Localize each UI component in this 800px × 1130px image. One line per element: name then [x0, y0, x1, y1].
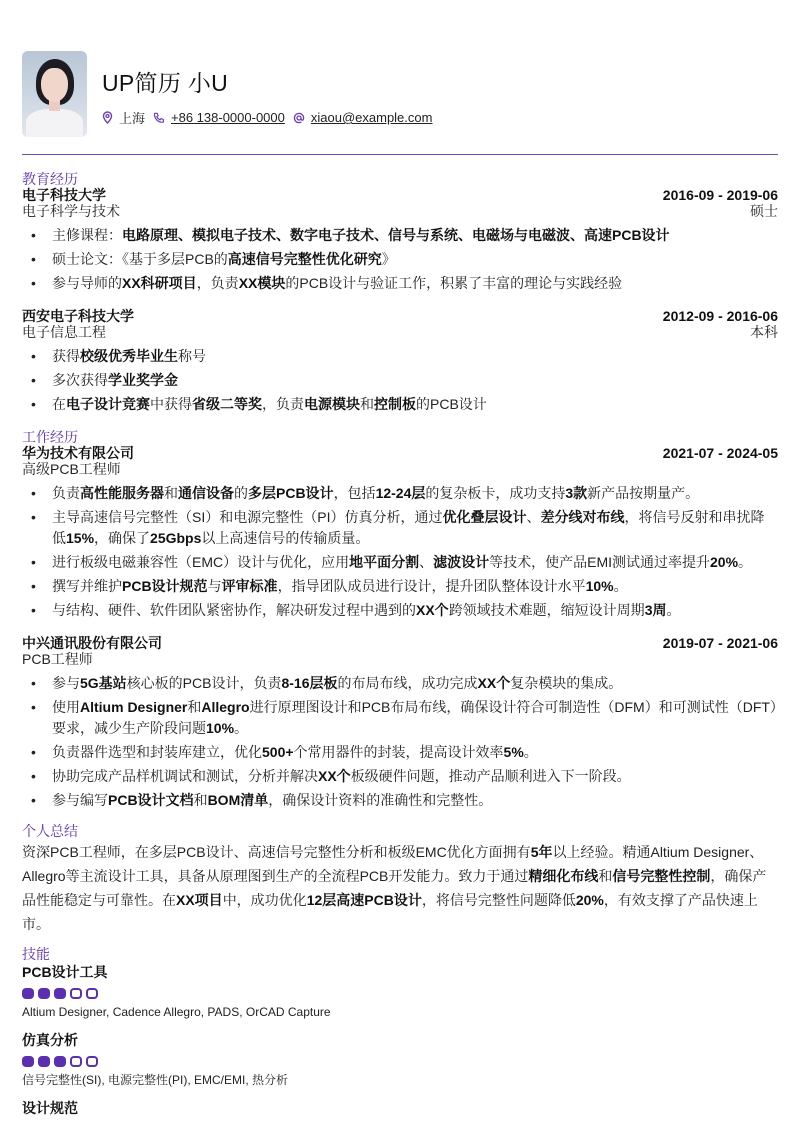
text-segment: 中获得	[150, 396, 192, 412]
section-title-summary: 个人总结	[22, 823, 778, 839]
text-segment: 负责器件选型和封装库建立，优化	[52, 744, 262, 760]
text-segment: 和	[194, 792, 208, 808]
skill-item: PCB设计工具Altium Designer, Cadence Allegro,…	[22, 964, 778, 1020]
text-segment: 和	[164, 485, 178, 501]
highlight-text: XX个	[478, 675, 511, 691]
candidate-name: UP简历 小U	[102, 65, 440, 98]
text-segment: 的复杂板卡，成功支持	[425, 485, 565, 501]
highlight-text: 20%	[710, 554, 738, 570]
highlight-text: 信号完整性控制	[612, 868, 710, 884]
work-entry-header: 中兴通讯股份有限公司2019-07 - 2021-06	[22, 635, 778, 651]
highlight-text: 高性能服务器	[80, 485, 164, 501]
job-title: 高级PCB工程师	[22, 461, 121, 477]
bullet-item: 主导高速信号完整性（SI）和电源完整性（PI）仿真分析，通过优化叠层设计、差分线…	[22, 507, 778, 549]
contact-phone: +86 138-0000-0000	[153, 110, 285, 125]
work-name: 华为技术有限公司	[22, 445, 134, 461]
education-entry: 电子科技大学2016-09 - 2019-06电子科学与技术硕士主修课程：电路原…	[22, 187, 778, 294]
degree: 本科	[750, 324, 778, 340]
highlight-text: 控制板	[374, 396, 416, 412]
bullet-item: 在电子设计竞赛中获得省级二等奖，负责电源模块和控制板的PCB设计	[22, 394, 778, 415]
text-segment: 》	[382, 251, 396, 267]
filled-dot-icon	[54, 1056, 66, 1067]
text-segment: 负责	[52, 485, 80, 501]
resume-page: UP简历 小U 上海 +86 138-0000-0000	[22, 50, 778, 1129]
text-segment: 中，成功优化	[223, 892, 307, 908]
text-segment: 个常用器件的封装，提高设计效率	[294, 744, 504, 760]
work-entry-header: 华为技术有限公司2021-07 - 2024-05	[22, 445, 778, 461]
date-range: 2021-07 - 2024-05	[663, 445, 778, 461]
highlight-text: XX项目	[176, 892, 223, 908]
date-range: 2019-07 - 2021-06	[663, 635, 778, 651]
text-segment: ，负责	[262, 396, 304, 412]
filled-dot-icon	[22, 988, 34, 999]
highlight-text: 多层PCB设计	[248, 485, 334, 501]
highlight-text: Allegro	[201, 699, 249, 715]
text-segment: 撰写并维护	[52, 578, 122, 594]
highlight-text: 学业奖学金	[108, 372, 178, 388]
degree: 硕士	[750, 203, 778, 219]
text-segment: 。	[614, 578, 628, 594]
text-segment: 获得	[52, 348, 80, 364]
work-section: 工作经历 华为技术有限公司2021-07 - 2024-05高级PCB工程师负责…	[22, 429, 778, 811]
highlight-text: 5%	[504, 744, 524, 760]
text-segment: 板级硬件问题，推动产品顺利进入下一阶段。	[351, 768, 631, 784]
text-segment: 。	[524, 744, 538, 760]
text-segment: ，确保了	[94, 530, 150, 546]
empty-dot-icon	[86, 988, 98, 999]
text-segment: ，将信号完整性问题降低	[422, 892, 576, 908]
skills-section: 技能 PCB设计工具Altium Designer, Cadence Alleg…	[22, 946, 778, 1117]
text-segment: 参与	[52, 675, 80, 691]
text-segment: 与	[208, 578, 222, 594]
contact-list: 上海 +86 138-0000-0000 xiaou@example.com	[102, 108, 440, 127]
work-entry: 华为技术有限公司2021-07 - 2024-05高级PCB工程师负责高性能服务…	[22, 445, 778, 621]
highlight-text: 5G基站	[80, 675, 127, 691]
bullet-item: 进行板级电磁兼容性（EMC）设计与优化，应用地平面分割、滤波设计等技术，使产品E…	[22, 552, 778, 573]
text-segment: 的布局布线，成功完成	[338, 675, 478, 691]
location-text: 上海	[119, 108, 145, 127]
text-segment: 和	[598, 868, 612, 884]
bullet-item: 撰写并维护PCB设计规范与评审标准，指导团队成员进行设计，提升团队整体设计水平1…	[22, 576, 778, 597]
filled-dot-icon	[22, 1056, 34, 1067]
highlight-text: 评审标准	[222, 578, 278, 594]
highlight-text: XX模块	[239, 275, 286, 291]
highlight-text: 10%	[586, 578, 614, 594]
summary-text: 资深PCB工程师，在多层PCB设计、高速信号完整性分析和板级EMC优化方面拥有5…	[22, 840, 778, 936]
filled-dot-icon	[54, 988, 66, 999]
phone-link[interactable]: +86 138-0000-0000	[171, 110, 285, 125]
education-entry: 西安电子科技大学2012-09 - 2016-06电子信息工程本科获得校级优秀毕…	[22, 308, 778, 415]
text-segment: 跨领域技术难题，缩短设计周期	[449, 602, 645, 618]
text-segment: ，确保设计资料的准确性和完整性。	[268, 792, 492, 808]
education-name: 电子科技大学	[22, 187, 106, 203]
bullet-item: 获得校级优秀毕业生称号	[22, 346, 778, 367]
highlight-text: 8-16层板	[281, 675, 337, 691]
highlight-text: 省级二等奖	[192, 396, 262, 412]
skill-item: 仿真分析信号完整性(SI), 电源完整性(PI), EMC/EMI, 热分析	[22, 1032, 778, 1088]
highlight-text: 高速信号完整性优化研究	[228, 251, 382, 267]
filled-dot-icon	[38, 988, 50, 999]
bullet-item: 主修课程：电路原理、模拟电子技术、数字电子技术、信号与系统、电磁场与电磁波、高速…	[22, 225, 778, 246]
text-segment: 。	[234, 720, 248, 736]
text-segment: 等技术，使产品EMI测试通过率提升	[489, 554, 710, 570]
bullet-item: 参与编写PCB设计文档和BOM清单，确保设计资料的准确性和完整性。	[22, 790, 778, 811]
text-segment: 与结构、硬件、软件团队紧密协作，解决研发过程中遇到的	[52, 602, 416, 618]
highlight-text: 12-24层	[376, 485, 426, 501]
text-segment: 的	[234, 485, 248, 501]
highlight-text: 电路原理、模拟电子技术、数字电子技术、信号与系统、电磁场与电磁波、高速PCB设计	[122, 227, 670, 243]
text-segment: 的PCB设计与验证工作，积累了丰富的理论与实践经验	[285, 275, 622, 291]
text-segment: 核心板的PCB设计，负责	[127, 675, 282, 691]
skill-level-rating	[22, 1056, 778, 1067]
bullet-item: 负责器件选型和封装库建立，优化500+个常用器件的封装，提高设计效率5%。	[22, 742, 778, 763]
text-segment: 。	[738, 554, 752, 570]
highlight-text: 3周	[645, 602, 667, 618]
empty-dot-icon	[70, 1056, 82, 1067]
work-entry-subheader: 高级PCB工程师	[22, 461, 778, 477]
highlight-text: 电子设计竞赛	[66, 396, 150, 412]
text-segment: 使用	[52, 699, 80, 715]
highlight-text: XX个	[416, 602, 449, 618]
text-segment: 、	[526, 509, 540, 525]
text-segment: 主导高速信号完整性（SI）和电源完整性（PI）仿真分析，通过	[52, 509, 442, 525]
highlight-text: 地平面分割	[349, 554, 419, 570]
highlight-text: 10%	[206, 720, 234, 736]
work-entry-subheader: PCB工程师	[22, 651, 778, 667]
major: 电子科学与技术	[22, 203, 120, 219]
header-info: UP简历 小U 上海 +86 138-0000-0000	[102, 61, 440, 127]
education-entry-subheader: 电子信息工程本科	[22, 324, 778, 340]
text-segment: 硕士论文：《基于多层PCB的	[52, 251, 228, 267]
text-segment: 和	[187, 699, 201, 715]
bullet-item: 多次获得学业奖学金	[22, 370, 778, 391]
email-link[interactable]: xiaou@example.com	[311, 110, 433, 125]
text-segment: 协助完成产品样机调试和测试，分析并解决	[52, 768, 318, 784]
text-segment: 资深PCB工程师，在多层PCB设计、高速信号完整性分析和板级EMC优化方面拥有	[22, 844, 531, 860]
highlight-text: 通信设备	[178, 485, 234, 501]
highlight-text: 差分线对布线	[540, 509, 624, 525]
major: 电子信息工程	[22, 324, 106, 340]
highlight-text: PCB设计规范	[122, 578, 208, 594]
text-segment: 参与编写	[52, 792, 108, 808]
bullet-item: 与结构、硬件、软件团队紧密协作，解决研发过程中遇到的XX个跨领域技术难题，缩短设…	[22, 600, 778, 621]
work-bullets: 参与5G基站核心板的PCB设计，负责8-16层板的布局布线，成功完成XX个复杂模…	[22, 673, 778, 811]
highlight-text: 25Gbps	[150, 530, 201, 546]
text-segment: 称号	[178, 348, 206, 364]
text-segment: 新产品按期量产。	[587, 485, 699, 501]
education-entry-header: 西安电子科技大学2012-09 - 2016-06	[22, 308, 778, 324]
text-segment: 参与导师的	[52, 275, 122, 291]
highlight-text: 20%	[576, 892, 604, 908]
education-bullets: 主修课程：电路原理、模拟电子技术、数字电子技术、信号与系统、电磁场与电磁波、高速…	[22, 225, 778, 294]
summary-section: 个人总结 资深PCB工程师，在多层PCB设计、高速信号完整性分析和板级EMC优化…	[22, 823, 778, 936]
section-title-skills: 技能	[22, 946, 778, 962]
bullet-item: 参与5G基站核心板的PCB设计，负责8-16层板的布局布线，成功完成XX个复杂模…	[22, 673, 778, 694]
highlight-text: 5年	[531, 844, 553, 860]
skill-name: 设计规范	[22, 1100, 778, 1117]
highlight-text: XX科研项目	[122, 275, 197, 291]
text-segment: 多次获得	[52, 372, 108, 388]
text-segment: 。	[666, 602, 680, 618]
bullet-item: 负责高性能服务器和通信设备的多层PCB设计，包括12-24层的复杂板卡，成功支持…	[22, 483, 778, 504]
work-bullets: 负责高性能服务器和通信设备的多层PCB设计，包括12-24层的复杂板卡，成功支持…	[22, 483, 778, 621]
section-title-work: 工作经历	[22, 429, 778, 445]
highlight-text: 电源模块	[304, 396, 360, 412]
text-segment: 和	[360, 396, 374, 412]
contact-email: xiaou@example.com	[293, 110, 433, 125]
education-section: 教育经历 电子科技大学2016-09 - 2019-06电子科学与技术硕士主修课…	[22, 171, 778, 415]
education-name: 西安电子科技大学	[22, 308, 134, 324]
text-segment: ，负责	[197, 275, 239, 291]
text-segment: 复杂模块的集成。	[510, 675, 622, 691]
highlight-text: 500+	[262, 744, 294, 760]
highlight-text: 3款	[565, 485, 587, 501]
avatar	[22, 51, 87, 137]
skill-name: 仿真分析	[22, 1032, 778, 1049]
bullet-item: 硕士论文：《基于多层PCB的高速信号完整性优化研究》	[22, 249, 778, 270]
skill-item: 设计规范	[22, 1100, 778, 1117]
highlight-text: 滤波设计	[433, 554, 489, 570]
skill-description: Altium Designer, Cadence Allegro, PADS, …	[22, 1005, 778, 1020]
text-segment: 、	[419, 554, 433, 570]
date-range: 2012-09 - 2016-06	[663, 308, 778, 324]
bullet-item: 使用Altium Designer和Allegro进行原理图设计和PCB布局布线…	[22, 697, 778, 739]
highlight-text: 校级优秀毕业生	[80, 348, 178, 364]
text-segment: 在	[52, 396, 66, 412]
filled-dot-icon	[38, 1056, 50, 1067]
text-segment: 以上高速信号的传输质量。	[201, 530, 369, 546]
text-segment: ，包括	[334, 485, 376, 501]
highlight-text: Altium Designer	[80, 699, 187, 715]
contact-location: 上海	[102, 108, 145, 127]
highlight-text: XX个	[318, 768, 351, 784]
highlight-text: PCB设计文档	[108, 792, 194, 808]
education-entry-subheader: 电子科学与技术硕士	[22, 203, 778, 219]
text-segment: 进行板级电磁兼容性（EMC）设计与优化，应用	[52, 554, 349, 570]
skill-name: PCB设计工具	[22, 964, 778, 981]
education-bullets: 获得校级优秀毕业生称号多次获得学业奖学金在电子设计竞赛中获得省级二等奖，负责电源…	[22, 346, 778, 415]
empty-dot-icon	[70, 988, 82, 999]
text-segment: 主修课程：	[52, 227, 122, 243]
highlight-text: 12层高速PCB设计	[307, 892, 422, 908]
section-title-education: 教育经历	[22, 171, 778, 187]
skill-description: 信号完整性(SI), 电源完整性(PI), EMC/EMI, 热分析	[22, 1073, 778, 1088]
empty-dot-icon	[86, 1056, 98, 1067]
date-range: 2016-09 - 2019-06	[663, 187, 778, 203]
highlight-text: 优化叠层设计	[442, 509, 526, 525]
work-entry: 中兴通讯股份有限公司2019-07 - 2021-06PCB工程师参与5G基站核…	[22, 635, 778, 811]
text-segment: ，指导团队成员进行设计，提升团队整体设计水平	[278, 578, 586, 594]
skill-level-rating	[22, 988, 778, 999]
highlight-text: BOM清单	[208, 792, 269, 808]
header-divider	[22, 154, 778, 155]
education-entry-header: 电子科技大学2016-09 - 2019-06	[22, 187, 778, 203]
bullet-item: 协助完成产品样机调试和测试，分析并解决XX个板级硬件问题，推动产品顺利进入下一阶…	[22, 766, 778, 787]
phone-icon	[153, 112, 165, 124]
highlight-text: 15%	[66, 530, 94, 546]
highlight-text: 精细化布线	[528, 868, 598, 884]
work-name: 中兴通讯股份有限公司	[22, 635, 162, 651]
map-pin-icon	[102, 111, 113, 124]
job-title: PCB工程师	[22, 651, 93, 667]
at-sign-icon	[293, 112, 305, 124]
bullet-item: 参与导师的XX科研项目，负责XX模块的PCB设计与验证工作，积累了丰富的理论与实…	[22, 273, 778, 294]
resume-header: UP简历 小U 上海 +86 138-0000-0000	[22, 50, 778, 138]
text-segment: 的PCB设计	[416, 396, 487, 412]
